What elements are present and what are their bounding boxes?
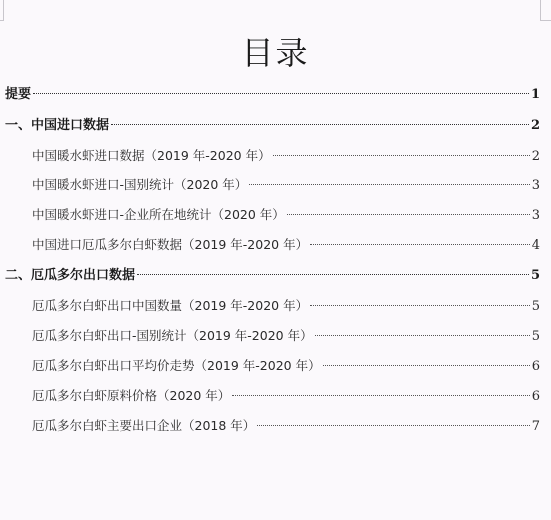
toc-entry[interactable]: 厄瓜多尔白虾出口中国数量（2019 年-2020 年） 5 [32, 297, 540, 316]
dot-leader [315, 335, 530, 336]
toc-entry-label: 厄瓜多尔白虾原料价格（2020 年） [32, 387, 230, 405]
dot-leader [287, 214, 530, 215]
toc-page-number: 3 [532, 207, 540, 225]
toc-entry-label: 厄瓜多尔白虾出口中国数量（2019 年-2020 年） [32, 297, 308, 315]
toc-entry-label: 一、中国进口数据 [5, 117, 109, 135]
toc-entry[interactable]: 厄瓜多尔白虾出口平均价走势（2019 年-2020 年） 6 [32, 357, 540, 376]
toc-page-number: 5 [531, 267, 540, 285]
crop-mark-top-left [3, 0, 4, 20]
toc-page-number: 6 [532, 358, 540, 376]
crop-mark-top-right [540, 20, 551, 21]
toc-page-number: 2 [532, 148, 540, 166]
toc-entry[interactable]: 提要 1 [5, 86, 540, 104]
toc-entry-label: 厄瓜多尔白虾出口平均价走势（2019 年-2020 年） [32, 357, 321, 375]
toc-page-number: 3 [532, 177, 540, 195]
crop-mark-top-right [540, 0, 541, 20]
toc-entry[interactable]: 中国暖水虾进口-国别统计（2020 年） 3 [32, 176, 540, 195]
dot-leader [273, 155, 530, 156]
dot-leader [111, 124, 529, 125]
toc-page-number: 6 [532, 388, 540, 406]
toc-entry[interactable]: 中国暖水虾进口-企业所在地统计（2020 年） 3 [32, 206, 540, 225]
toc-entry-label: 厄瓜多尔白虾出口-国别统计（2019 年-2020 年） [32, 327, 313, 345]
dot-leader [249, 184, 529, 185]
dot-leader [33, 93, 529, 94]
dot-leader [310, 244, 530, 245]
toc-page-number: 5 [532, 298, 540, 316]
toc-entry[interactable]: 中国暖水虾进口数据（2019 年-2020 年） 2 [32, 147, 540, 166]
toc-entry-label: 中国暖水虾进口-国别统计（2020 年） [32, 176, 247, 194]
dot-leader [310, 305, 530, 306]
toc-page-number: 2 [531, 117, 540, 135]
dot-leader [137, 274, 529, 275]
toc-page-number: 7 [532, 418, 540, 436]
toc-entry[interactable]: 二、厄瓜多尔出口数据 5 [5, 267, 540, 285]
toc-page-number: 5 [532, 328, 540, 346]
toc-entry-label: 厄瓜多尔白虾主要出口企业（2018 年） [32, 417, 255, 435]
crop-mark-top-left [0, 20, 4, 21]
toc-entry[interactable]: 厄瓜多尔白虾出口-国别统计（2019 年-2020 年） 5 [32, 327, 540, 346]
toc-page-number: 1 [531, 86, 540, 104]
toc-entry[interactable]: 厄瓜多尔白虾主要出口企业（2018 年） 7 [32, 417, 540, 436]
toc-entry-label: 中国进口厄瓜多尔白虾数据（2019 年-2020 年） [32, 236, 308, 254]
dot-leader [232, 395, 529, 396]
dot-leader [257, 425, 529, 426]
page-title: 目录 [0, 28, 551, 74]
toc-entry-label: 中国暖水虾进口-企业所在地统计（2020 年） [32, 206, 285, 224]
toc-entry[interactable]: 一、中国进口数据 2 [5, 117, 540, 135]
dot-leader [323, 365, 530, 366]
toc-entry[interactable]: 中国进口厄瓜多尔白虾数据（2019 年-2020 年） 4 [32, 236, 540, 255]
toc-entry-label: 提要 [5, 86, 31, 104]
toc-entry-label: 二、厄瓜多尔出口数据 [5, 267, 135, 285]
toc-entry[interactable]: 厄瓜多尔白虾原料价格（2020 年） 6 [32, 387, 540, 406]
toc-entry-label: 中国暖水虾进口数据（2019 年-2020 年） [32, 147, 271, 165]
toc-page-number: 4 [532, 237, 540, 255]
